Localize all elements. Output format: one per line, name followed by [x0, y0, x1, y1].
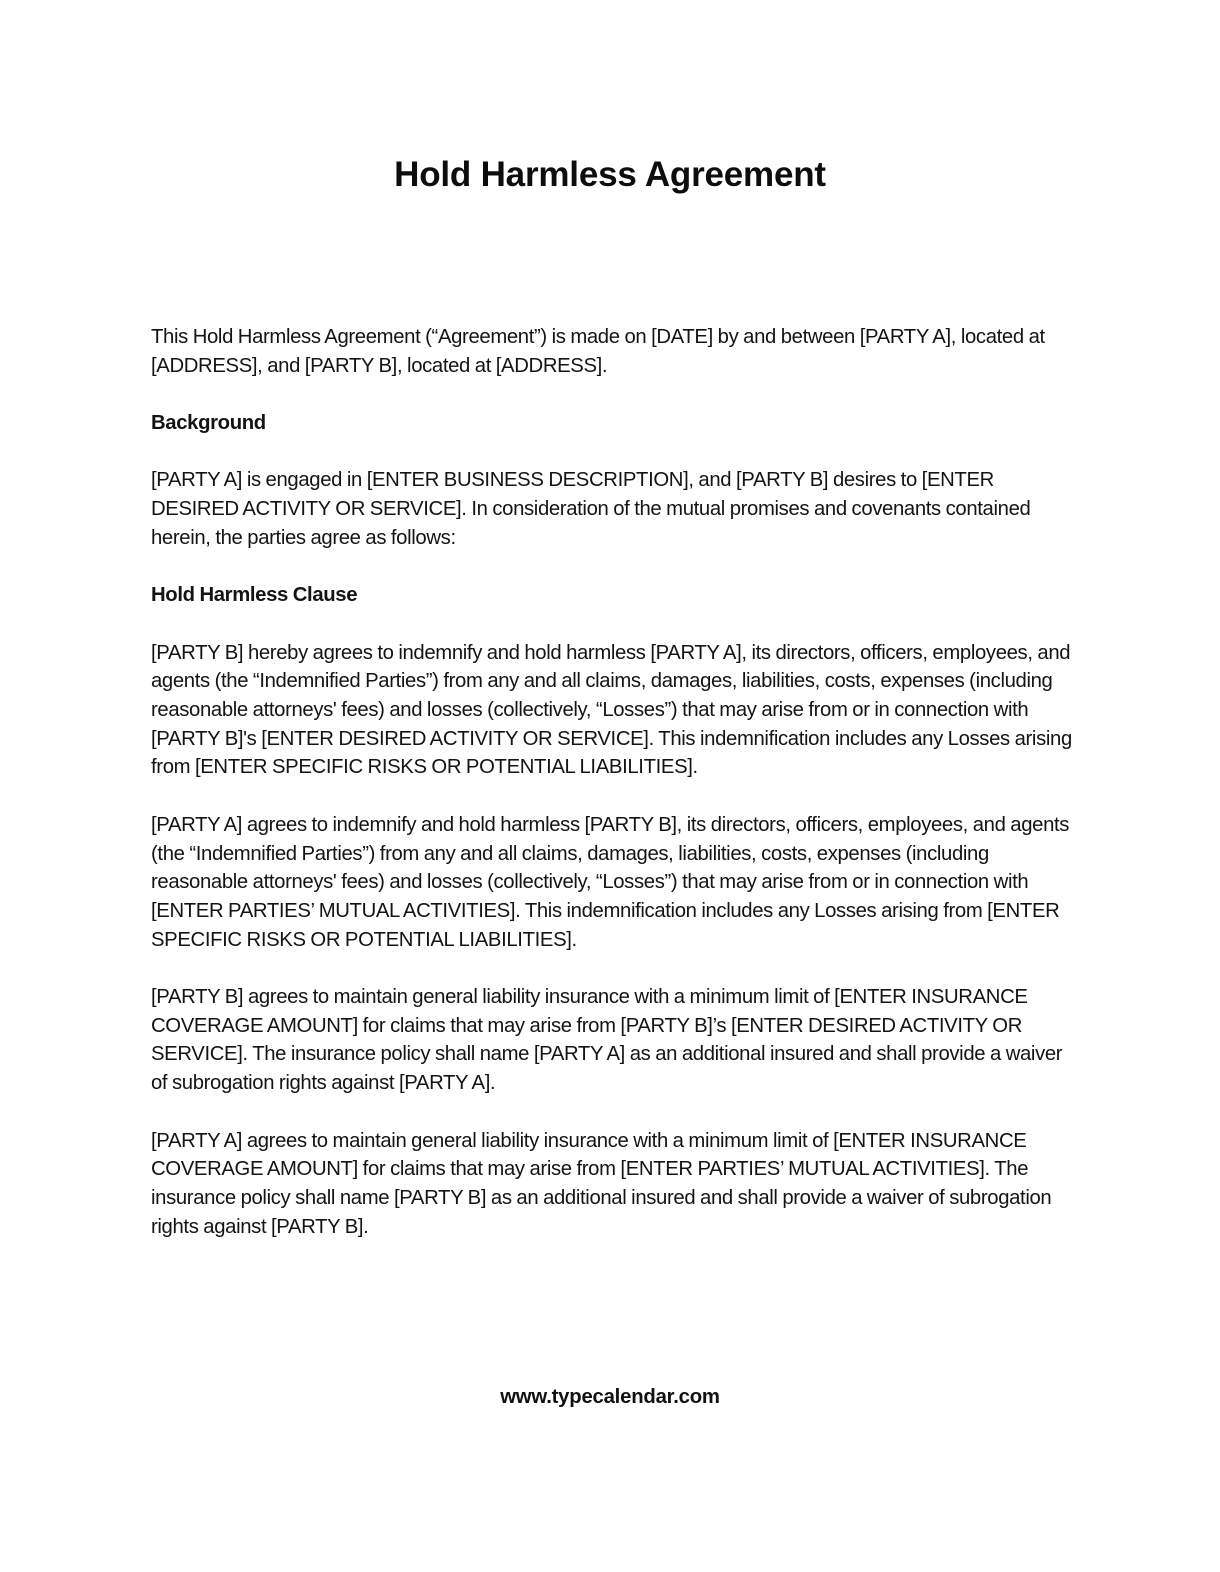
document-body: This Hold Harmless Agreement (“Agreement…: [151, 323, 1081, 1270]
clause-paragraph-party-b-insurance: [PARTY B] agrees to maintain general lia…: [151, 983, 1081, 1098]
clause-paragraph-party-a-indemnifies: [PARTY A] agrees to indemnify and hold h…: [151, 811, 1081, 955]
section-heading-hold-harmless-clause: Hold Harmless Clause: [151, 581, 1081, 610]
document-page: Hold Harmless Agreement This Hold Harmle…: [0, 0, 1220, 1572]
document-title: Hold Harmless Agreement: [0, 152, 1220, 198]
clause-paragraph-party-b-indemnifies: [PARTY B] hereby agrees to indemnify and…: [151, 639, 1081, 783]
section-heading-background: Background: [151, 409, 1081, 438]
footer-website-link[interactable]: www.typecalendar.com: [0, 1383, 1220, 1411]
clause-paragraph-party-a-insurance: [PARTY A] agrees to maintain general lia…: [151, 1127, 1081, 1242]
intro-paragraph: This Hold Harmless Agreement (“Agreement…: [151, 323, 1081, 380]
background-paragraph: [PARTY A] is engaged in [ENTER BUSINESS …: [151, 466, 1081, 552]
